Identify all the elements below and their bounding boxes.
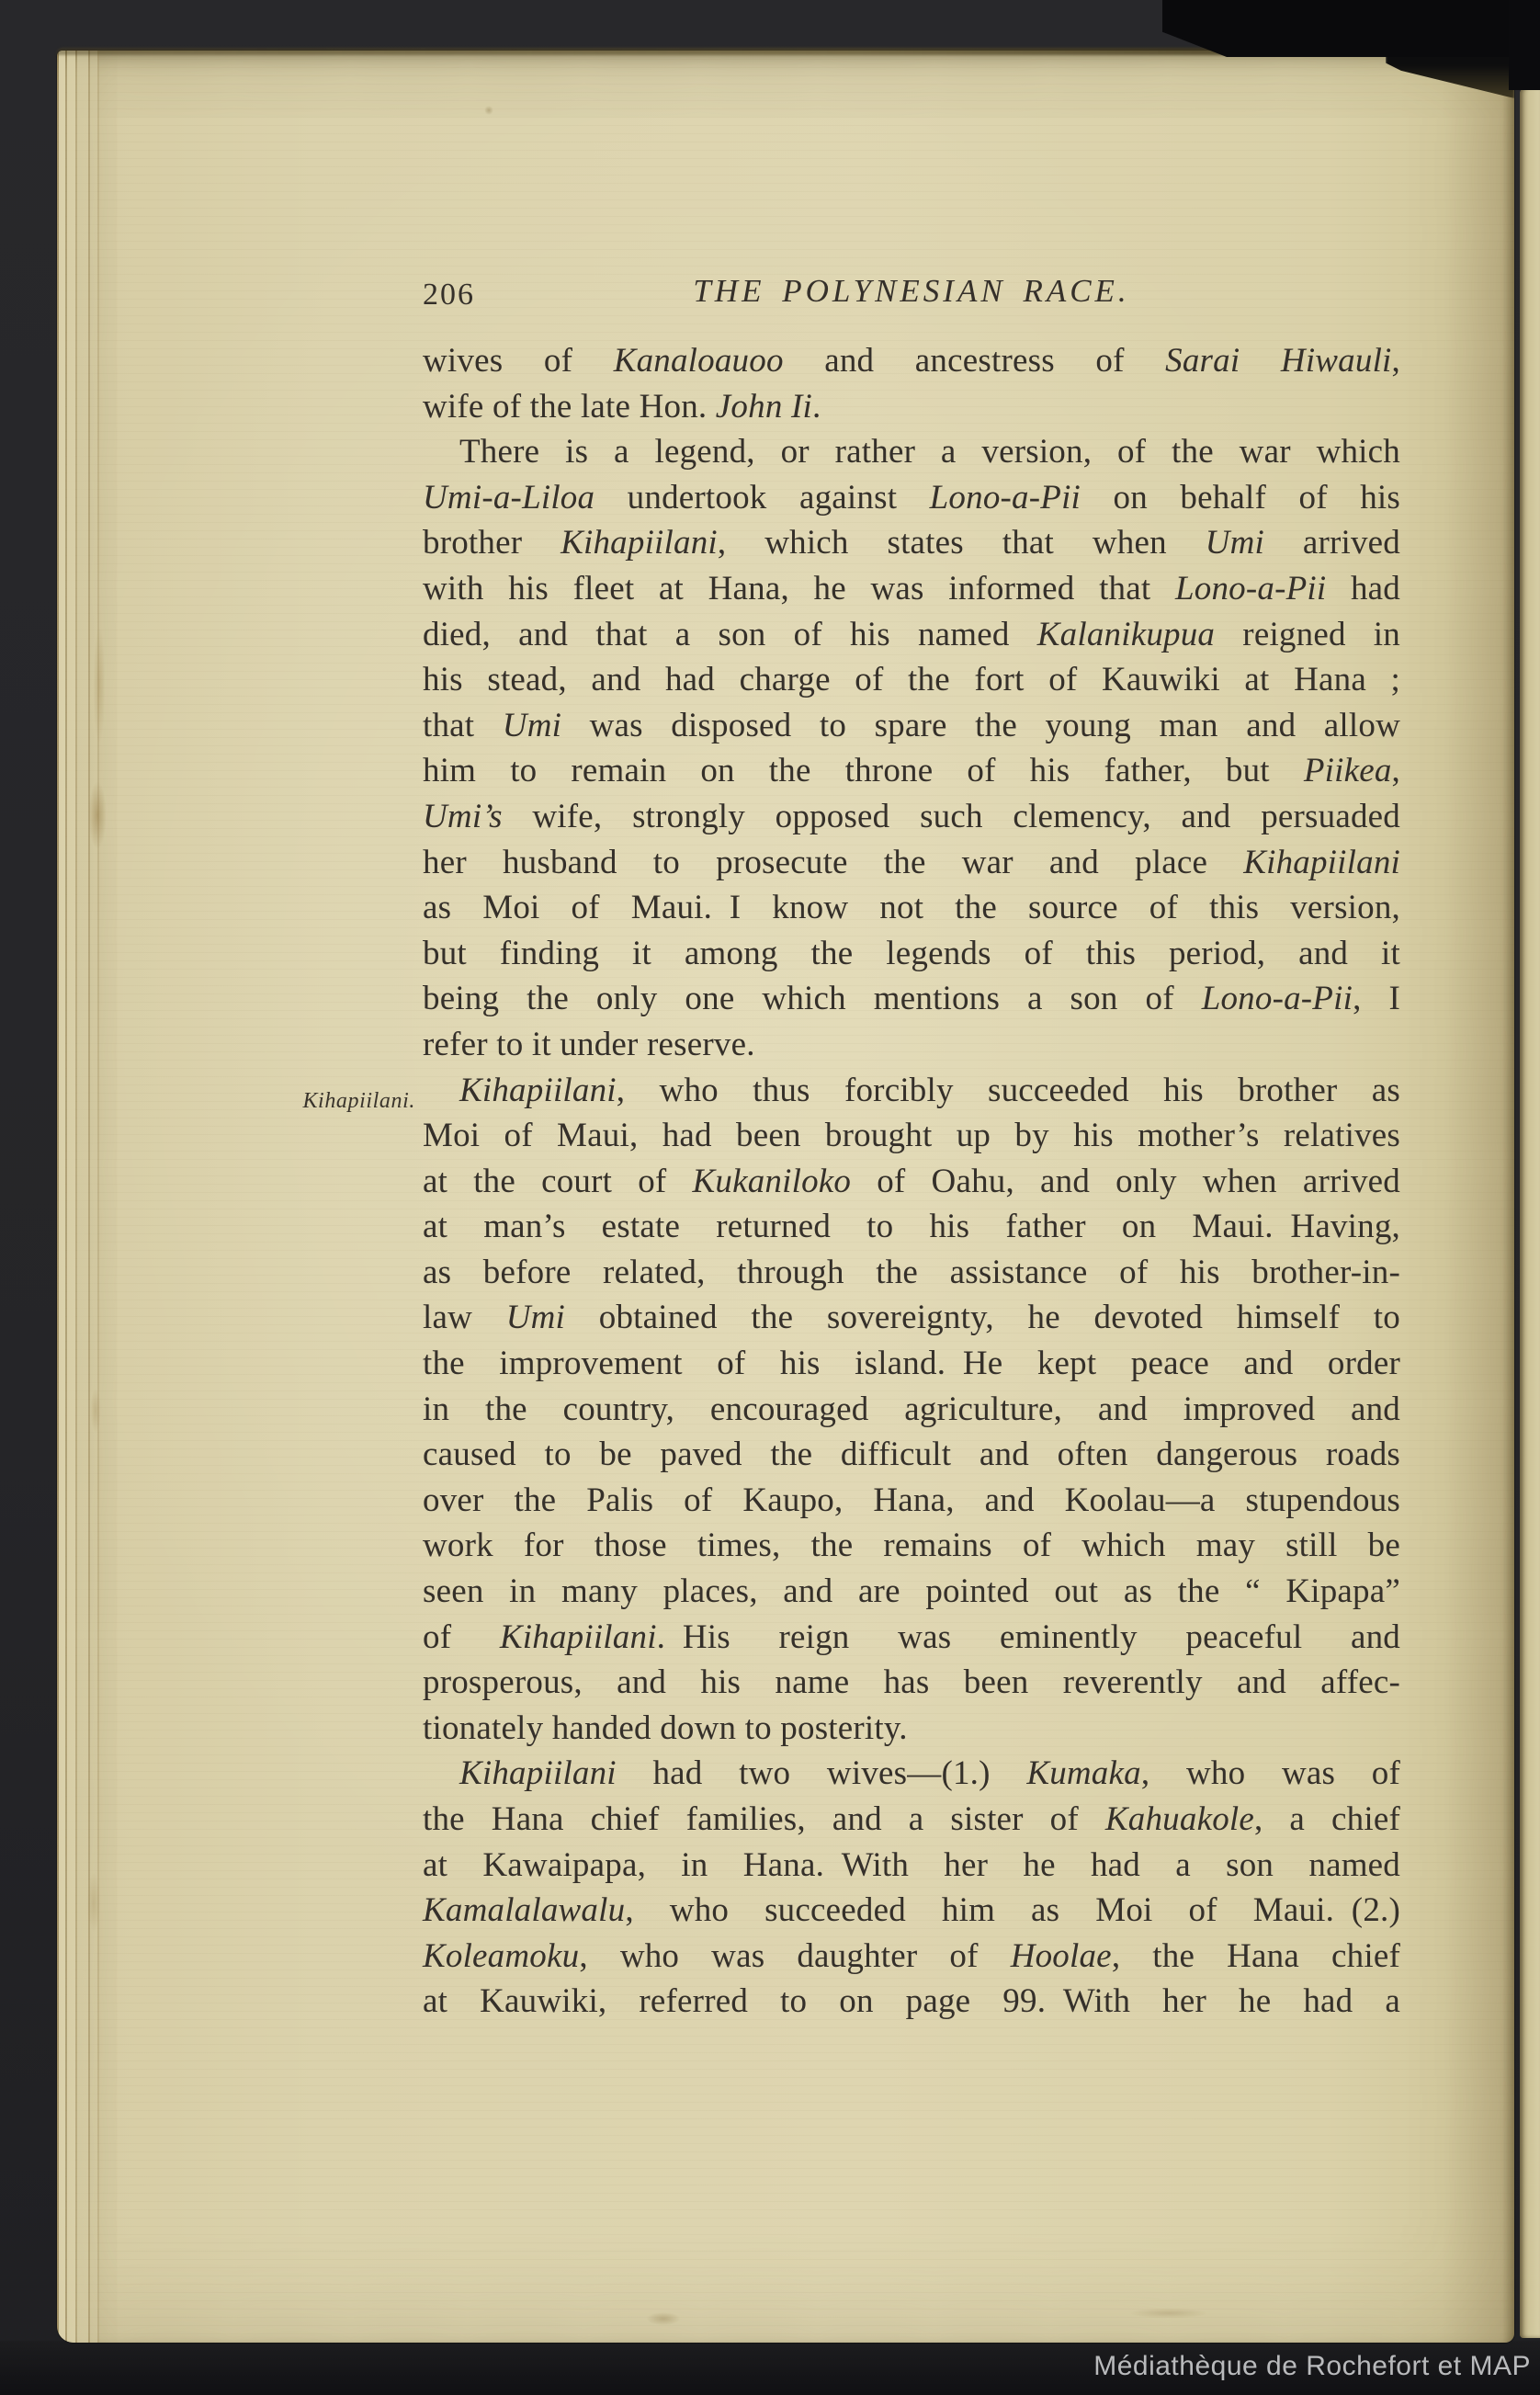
text-line: There is a legend, or rather a version, …: [423, 429, 1400, 475]
text-line: but finding it among the legends of this…: [423, 931, 1400, 977]
text-line: Umi-a-Liloa undertook against Lono-a-Pii…: [423, 475, 1400, 521]
text-line: that Umi was disposed to spare the young…: [423, 703, 1400, 749]
page-number: 206: [423, 278, 475, 312]
running-title: THE POLYNESIAN RACE.: [423, 273, 1400, 310]
text-line: over the Palis of Kaupo, Hana, and Koola…: [423, 1478, 1400, 1524]
book-page: 206 THE POLYNESIAN RACE. Kihapiilani. wi…: [57, 51, 1514, 2343]
scan-viewport: 206 THE POLYNESIAN RACE. Kihapiilani. wi…: [0, 0, 1540, 2395]
text-line: being the only one which mentions a son …: [423, 976, 1400, 1022]
page-corner-shadow: [1386, 51, 1514, 98]
text-line: of Kihapiilani. His reign was eminently …: [423, 1615, 1400, 1661]
text-line: with his fleet at Hana, he was informed …: [423, 566, 1400, 612]
text-line: brother Kihapiilani, which states that w…: [423, 520, 1400, 566]
text-line: at the court of Kukaniloko of Oahu, and …: [423, 1159, 1400, 1205]
text-line: Kihapiilani had two wives—(1.) Kumaka, w…: [423, 1751, 1400, 1797]
text-line: tionately handed down to posterity.: [423, 1706, 1400, 1752]
text-line: in the country, encouraged agriculture, …: [423, 1387, 1400, 1433]
page-stack-edge: [57, 51, 112, 2343]
text-line: law Umi obtained the sovereignty, he dev…: [423, 1295, 1400, 1341]
text-line: the Hana chief families, and a sister of…: [423, 1797, 1400, 1843]
library-watermark: Médiathèque de Rochefort et MAP: [1093, 2351, 1531, 2382]
adjacent-page-edge: [1520, 86, 1540, 2338]
text-line: Koleamoku, who was daughter of Hoolae, t…: [423, 1934, 1400, 1980]
text-line: Moi of Maui, had been brought up by his …: [423, 1113, 1400, 1159]
text-line: Kamalalawalu, who succeeded him as Moi o…: [423, 1888, 1400, 1934]
text-block: wives of Kanaloauoo and ancestress of Sa…: [423, 338, 1400, 2025]
text-line: work for those times, the remains of whi…: [423, 1523, 1400, 1569]
book-cover-strip: [1162, 0, 1540, 57]
text-line: seen in many places, and are pointed out…: [423, 1569, 1400, 1615]
text-line: at Kawaipapa, in Hana. With her he had a…: [423, 1843, 1400, 1889]
text-line: as Moi of Maui. I know not the source of…: [423, 885, 1400, 931]
text-line: at man’s estate returned to his father o…: [423, 1204, 1400, 1250]
text-line: the improvement of his island. He kept p…: [423, 1341, 1400, 1387]
text-line: caused to be paved the difficult and oft…: [423, 1432, 1400, 1478]
text-line: refer to it under reserve.: [423, 1022, 1400, 1068]
text-line: Kihapiilani, who thus forcibly succeeded…: [423, 1068, 1400, 1114]
text-line: died, and that a son of his named Kalani…: [423, 612, 1400, 658]
text-line: him to remain on the throne of his fathe…: [423, 748, 1400, 794]
text-line: Umi’s wife, strongly opposed such clemen…: [423, 794, 1400, 840]
text-line: as before related, through the assistanc…: [423, 1250, 1400, 1296]
text-line: wife of the late Hon. John Ii.: [423, 384, 1400, 430]
margin-note: Kihapiilani.: [195, 1087, 415, 1115]
text-line: his stead, and had charge of the fort of…: [423, 657, 1400, 703]
text-line: prosperous, and his name has been revere…: [423, 1660, 1400, 1706]
page-header: 206 THE POLYNESIAN RACE.: [423, 273, 1400, 323]
text-line: her husband to prosecute the war and pla…: [423, 840, 1400, 886]
text-line: wives of Kanaloauoo and ancestress of Sa…: [423, 338, 1400, 384]
text-line: at Kauwiki, referred to on page 99. With…: [423, 1979, 1400, 2025]
book-cover-corner: [1509, 0, 1540, 90]
